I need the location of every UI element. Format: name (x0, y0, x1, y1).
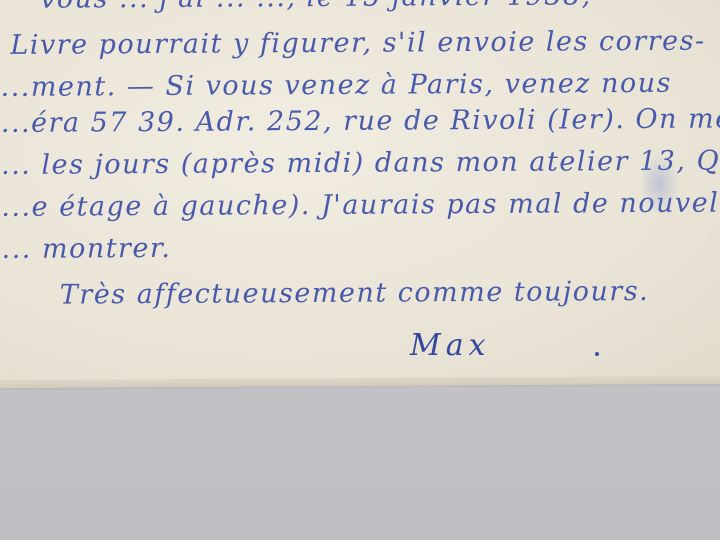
photo-scene: vous ... j'ai ... ..., le 15 janvier 193… (0, 0, 720, 540)
ink-smudge (639, 154, 679, 214)
letter-line-4: ...éra 57 39. Adr. 252, rue de Rivoli (I… (1, 103, 720, 138)
letter-line-5: ... les jours (après midi) dans mon atel… (1, 145, 720, 181)
signature-period (595, 352, 599, 356)
letter-line-2: Livre pourrait y figurer, s'il envoie le… (10, 26, 705, 61)
letter-line-6: ...e étage à gauche). J'aurais pas mal d… (1, 187, 720, 223)
letter-line-3: ...ment. — Si vous venez à Paris, venez … (1, 68, 673, 103)
letter-paper: vous ... j'ai ... ..., le 15 janvier 193… (0, 0, 720, 386)
letter-line-7: ... montrer. (1, 233, 171, 265)
signature: Max (410, 328, 491, 363)
letter-closing: Très affectueusement comme toujours. (60, 276, 650, 311)
letter-line-1: vous ... j'ai ... ..., le 15 janvier 193… (40, 0, 592, 15)
